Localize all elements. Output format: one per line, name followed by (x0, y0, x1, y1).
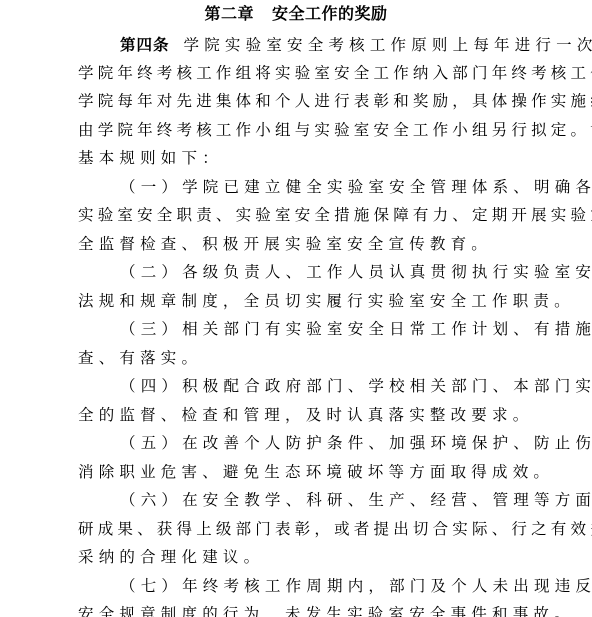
criterion-6-line: 采纳的合理化建议。 (78, 546, 538, 568)
criterion-1-line: （一）学院已建立健全实验室安全管理体系、明确各级人员 (120, 176, 580, 198)
criterion-marker: （四） (120, 377, 182, 395)
criterion-7-line: （七）年终考核工作周期内，部门及个人未出现违反实验室 (120, 575, 580, 597)
criterion-marker: （三） (120, 320, 182, 338)
criterion-marker: （五） (120, 434, 182, 452)
criterion-5-line: 消除职业危害、避免生态环境破坏等方面取得成效。 (78, 461, 538, 483)
criterion-marker: （一） (120, 178, 182, 196)
criterion-1-line: 实验室安全职责、实验室安全措施保障有力、定期开展实验室安 (78, 204, 538, 226)
criterion-5-line: （五）在改善个人防护条件、加强环境保护、防止伤亡事故、 (120, 432, 580, 454)
criterion-2-line: （二）各级负责人、工作人员认真贯彻执行实验室安全法律 (120, 261, 580, 283)
criterion-6-line: （六）在安全教学、科研、生产、经营、管理等方面取得科 (120, 489, 580, 511)
criterion-6-line: 研成果、获得上级部门表彰，或者提出切合实际、行之有效并被 (78, 518, 538, 540)
article-line: 学院年终考核工作组将实验室安全工作纳入部门年终考核工作， (78, 62, 538, 84)
criterion-2-line: 法规和规章制度，全员切实履行实验室安全工作职责。 (78, 290, 538, 312)
chapter-title: 第二章安全工作的奖励 (0, 3, 592, 25)
criterion-3-line: （三）相关部门有实验室安全日常工作计划、有措施、有检 (120, 318, 580, 340)
criterion-3-line: 查、有落实。 (78, 347, 538, 369)
criterion-4-line: 全的监督、检查和管理，及时认真落实整改要求。 (78, 404, 538, 426)
criterion-marker: （六） (120, 491, 182, 509)
article-line: 学院每年对先进集体和个人进行表彰和奖励，具体操作实施细则 (78, 90, 538, 112)
criterion-4-line: （四）积极配合政府部门、学校相关部门、本部门实验室安 (120, 375, 580, 397)
criterion-7-line: 安全规章制度的行为，未发生实验室安全事件和事故。 (78, 603, 538, 617)
chapter-name: 安全工作的奖励 (272, 4, 388, 23)
criterion-1-line: 全监督检查、积极开展实验室安全宣传教育。 (78, 233, 538, 255)
article-line: 由学院年终考核工作小组与实验室安全工作小组另行拟定。评选 (78, 119, 538, 141)
chapter-number: 第二章 (204, 4, 254, 23)
criterion-marker: （七） (120, 577, 182, 595)
criterion-marker: （二） (120, 263, 182, 281)
article-text: 学院实验室安全考核工作原则上每年进行一次，由 (184, 36, 592, 54)
article-line: 基本规则如下： (78, 147, 538, 169)
article-line: 第四条学院实验室安全考核工作原则上每年进行一次，由 (120, 34, 580, 56)
article-label: 第四条 (120, 35, 170, 54)
